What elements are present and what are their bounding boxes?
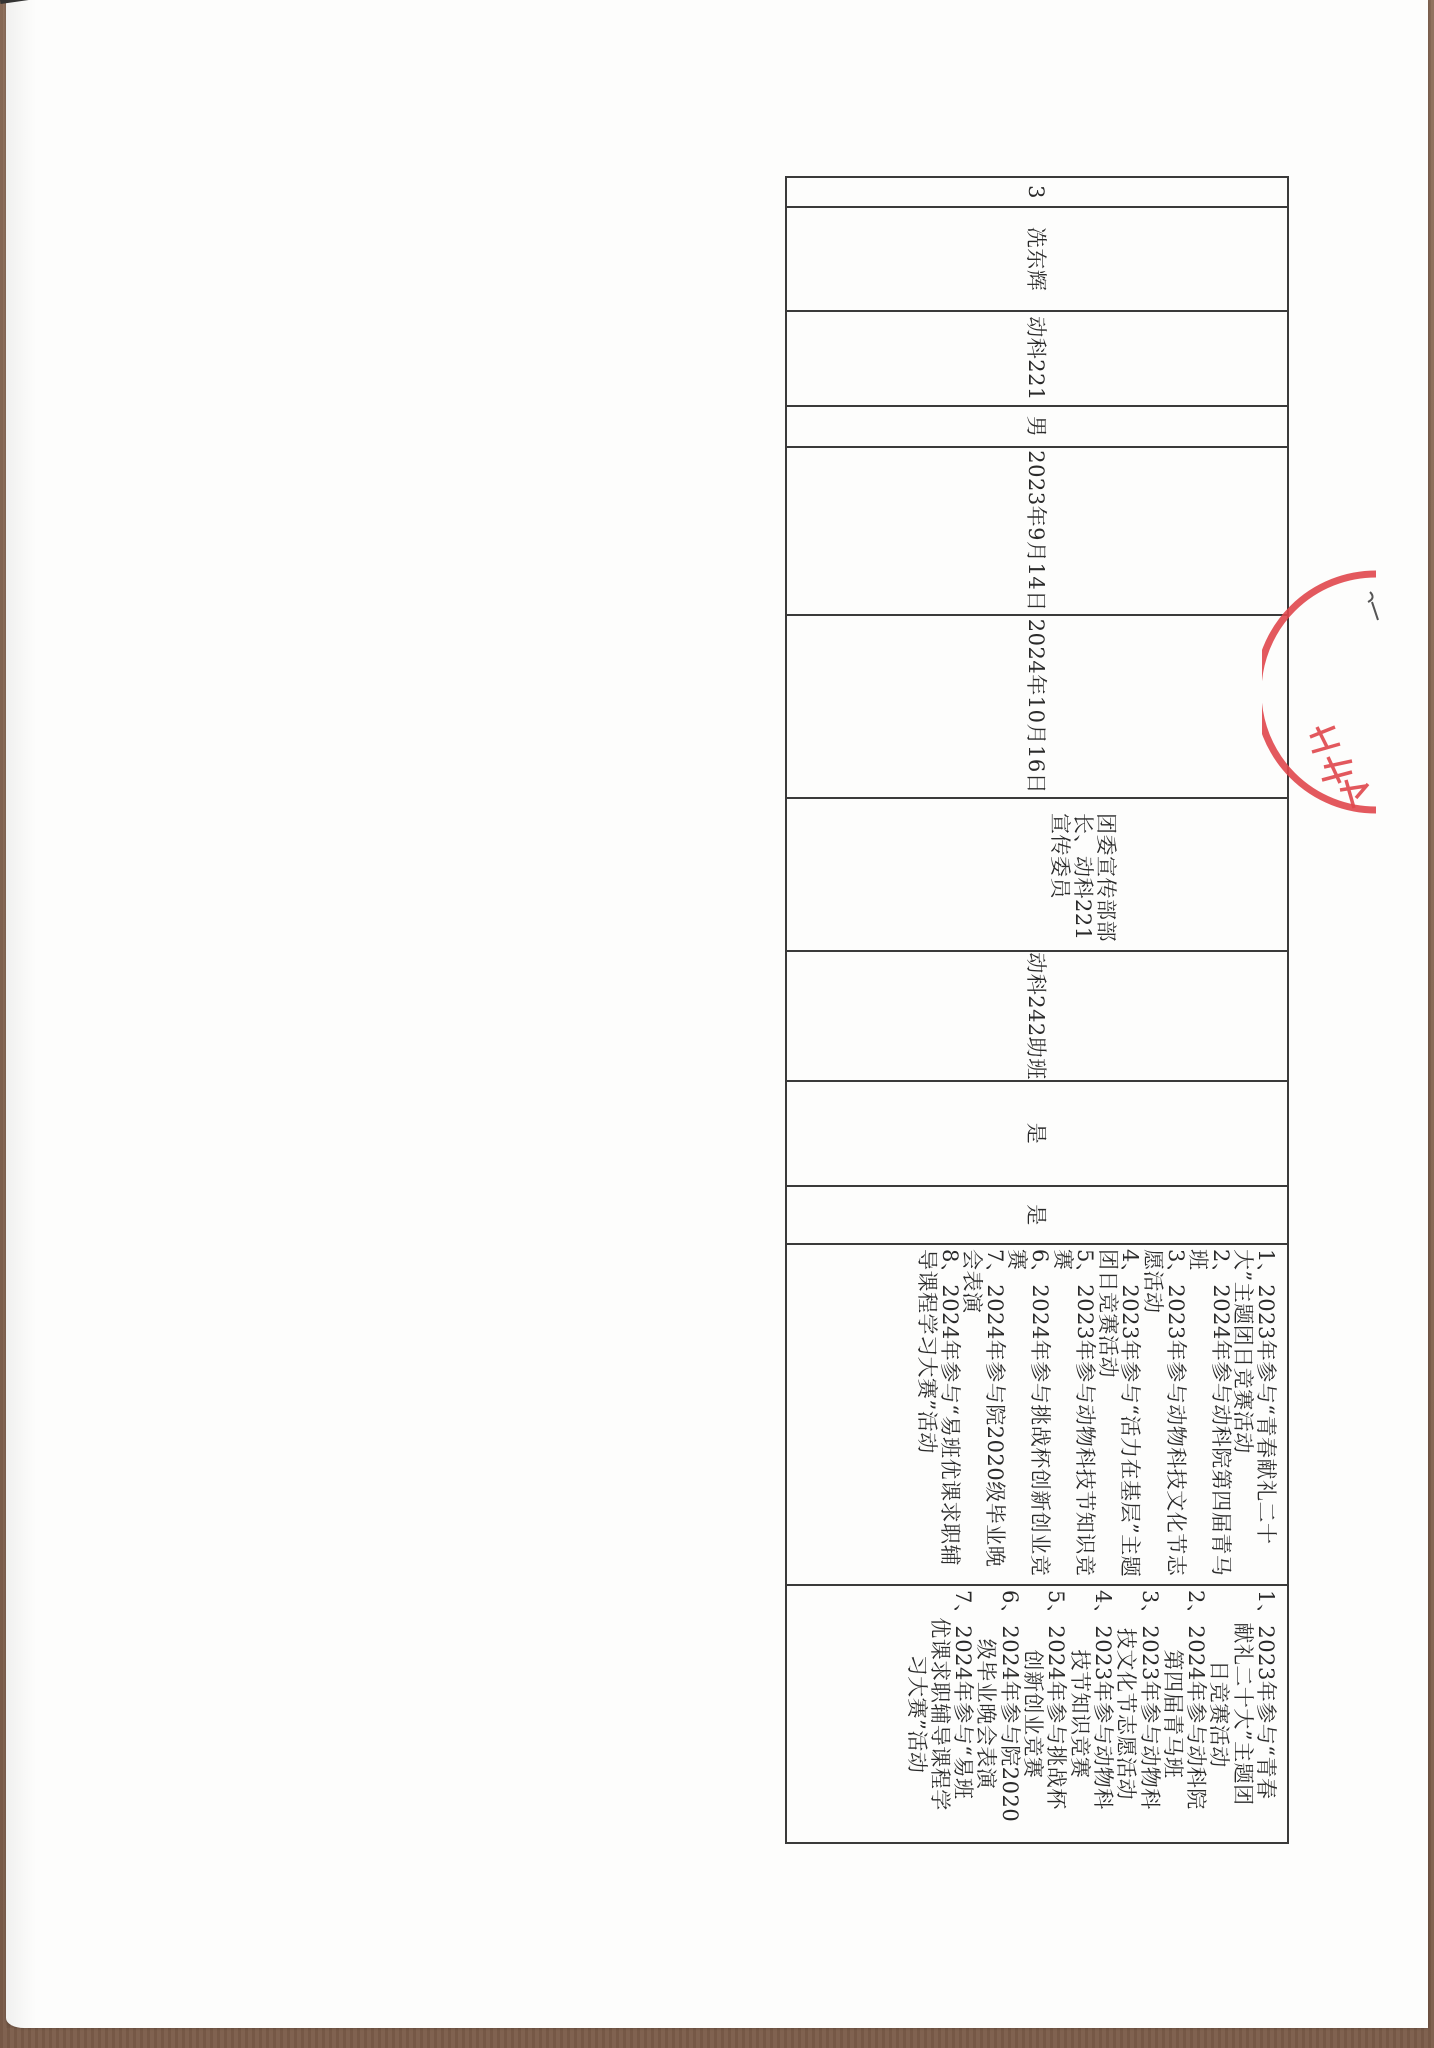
record-table-rotated: 3 冼东辉 动科221 男 2023年9月14日 2024年10月16日 团委宣… [785,176,1289,1842]
cell-flag-1: 是 [786,1081,1288,1186]
cell-activities-a: 1、2023年参与“青春献礼二十大”主题团日竞赛活动2、2024年参与动科院第四… [786,1244,1288,1585]
activity-item: 7、2024年参与院2020级毕业晚会表演 [961,1249,1006,1580]
paper-edge-shadow [6,0,36,2028]
activity-item-continuation: 创新创业竞赛 [1021,1590,1044,1838]
activity-item: 4、2023年参与“活力在基层”主题团日竞赛活动 [1096,1249,1141,1580]
activity-item: 3、2023年参与动物科技文化节志愿活动 [1141,1249,1186,1580]
assistant-role: 动科242助班 [1024,952,1287,1080]
activity-item: 2、2024年参与动科院 [1184,1590,1207,1838]
cell-index: 3 [786,177,1288,207]
activity-item: 7、2024年参与“易班 [951,1590,974,1838]
flag-2: 是 [1024,1187,1287,1243]
end-date: 2024年10月16日 [1024,616,1287,797]
activities-list-b: 1、2023年参与“青春献礼二十大”主题团日竞赛活动2、2024年参与动科院第四… [904,1586,1287,1842]
cell-position: 团委宣传部部长、动科221宣传委员 [786,798,1288,951]
activity-item-continuation: 日竞赛活动 [1207,1590,1230,1838]
activity-item: 5、2023年参与动物科技节知识竞赛 [1051,1249,1096,1580]
flag-1: 是 [1024,1082,1287,1185]
cell-flag-2: 是 [786,1186,1288,1244]
cell-gender: 男 [786,406,1288,447]
cell-assistant-role: 动科242助班 [786,951,1288,1081]
cell-start-date: 2023年9月14日 [786,447,1288,615]
cell-activities-b: 1、2023年参与“青春献礼二十大”主题团日竞赛活动2、2024年参与动科院第四… [786,1585,1288,1843]
activity-item: 8、2024年参与“易班优课求职辅导课程学习大赛”活动 [916,1249,961,1580]
cell-name: 冼东辉 [786,207,1288,311]
position: 团委宣传部部长、动科221宣传委员 [1048,799,1287,950]
activities-list-a: 1、2023年参与“青春献礼二十大”主题团日竞赛活动2、2024年参与动科院第四… [916,1245,1288,1584]
activity-item: 6、2024年参与院2020 [997,1590,1020,1838]
cell-end-date: 2024年10月16日 [786,615,1288,798]
gender: 男 [1024,407,1287,446]
row-index: 3 [1024,178,1287,206]
activity-item-continuation: 优课求职辅导课程学 [928,1590,951,1838]
student-name: 冼东辉 [1024,208,1287,310]
activity-item-continuation: 献礼二十大”主题团 [1230,1590,1253,1838]
activity-item-continuation: 级毕业晚会表演 [974,1590,997,1838]
start-date: 2023年9月14日 [1024,448,1287,614]
activity-item: 1、2023年参与“青春 [1254,1590,1277,1838]
activity-item: 5、2024年参与挑战杯 [1044,1590,1067,1838]
record-table: 3 冼东辉 动科221 男 2023年9月14日 2024年10月16日 团委宣… [785,176,1289,1844]
activity-item: 4、2023年参与动物科 [1091,1590,1114,1838]
cell-class: 动科221 [786,311,1288,406]
activity-item-continuation: 第四届青马班 [1161,1590,1184,1838]
activity-item: 2、2024年参与动科院第四届青马班 [1187,1249,1232,1580]
activity-item: 1、2023年参与“青春献礼二十大”主题团日竞赛活动 [1232,1249,1277,1580]
activity-item-continuation: 技节知识竞赛 [1067,1590,1090,1838]
activity-item: 3、2023年参与动物科 [1137,1590,1160,1838]
table-row: 3 冼东辉 动科221 男 2023年9月14日 2024年10月16日 团委宣… [786,177,1288,1843]
activity-item: 6、2024年参与挑战杯创新创业竞赛 [1006,1249,1051,1580]
activity-item-continuation: 技文化节志愿活动 [1114,1590,1137,1838]
class-name: 动科221 [1024,312,1287,405]
activity-item-continuation: 习大赛”活动 [904,1590,927,1838]
